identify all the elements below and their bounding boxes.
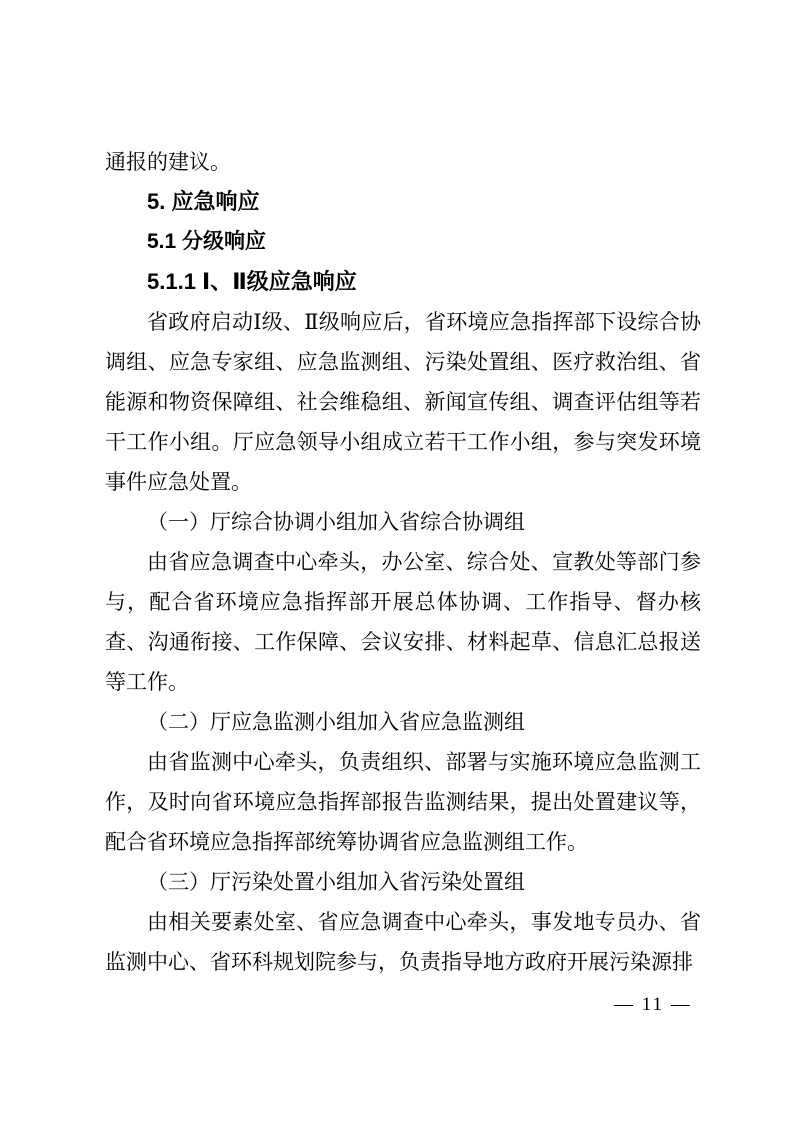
- heading-5-1-1-level-1-2-response: 5.1.1 Ⅰ、Ⅱ级应急响应: [105, 262, 701, 302]
- paragraph-item-1-coordination: 由省应急调查中心牵头，办公室、综合处、宣教处等部门参与，配合省环境应急指挥部开展…: [105, 542, 701, 702]
- item-1-heading: （一）厅综合协调小组加入省综合协调组: [105, 502, 701, 542]
- heading-5-emergency-response: 5. 应急响应: [105, 182, 701, 222]
- heading-5-1-graded-response: 5.1 分级响应: [105, 222, 701, 262]
- document-page: 通报的建议。 5. 应急响应 5.1 分级响应 5.1.1 Ⅰ、Ⅱ级应急响应 省…: [0, 0, 794, 1123]
- item-3-heading: （三）厅污染处置小组加入省污染处置组: [105, 862, 701, 902]
- item-2-heading: （二）厅应急监测小组加入省应急监测组: [105, 702, 701, 742]
- body-line-continuation: 通报的建议。: [105, 142, 701, 182]
- paragraph-item-3-pollution-disposal: 由相关要素处室、省应急调查中心牵头，事发地专员办、省监测中心、省环科规划院参与，…: [105, 902, 701, 982]
- paragraph-item-2-monitoring: 由省监测中心牵头，负责组织、部署与实施环境应急监测工作，及时向省环境应急指挥部报…: [105, 742, 701, 862]
- document-content: 通报的建议。 5. 应急响应 5.1 分级响应 5.1.1 Ⅰ、Ⅱ级应急响应 省…: [105, 142, 701, 982]
- paragraph-response-work-groups: 省政府启动Ⅰ级、Ⅱ级响应后，省环境应急指挥部下设综合协调组、应急专家组、应急监测…: [105, 302, 701, 502]
- page-number: — 11 —: [614, 994, 692, 1016]
